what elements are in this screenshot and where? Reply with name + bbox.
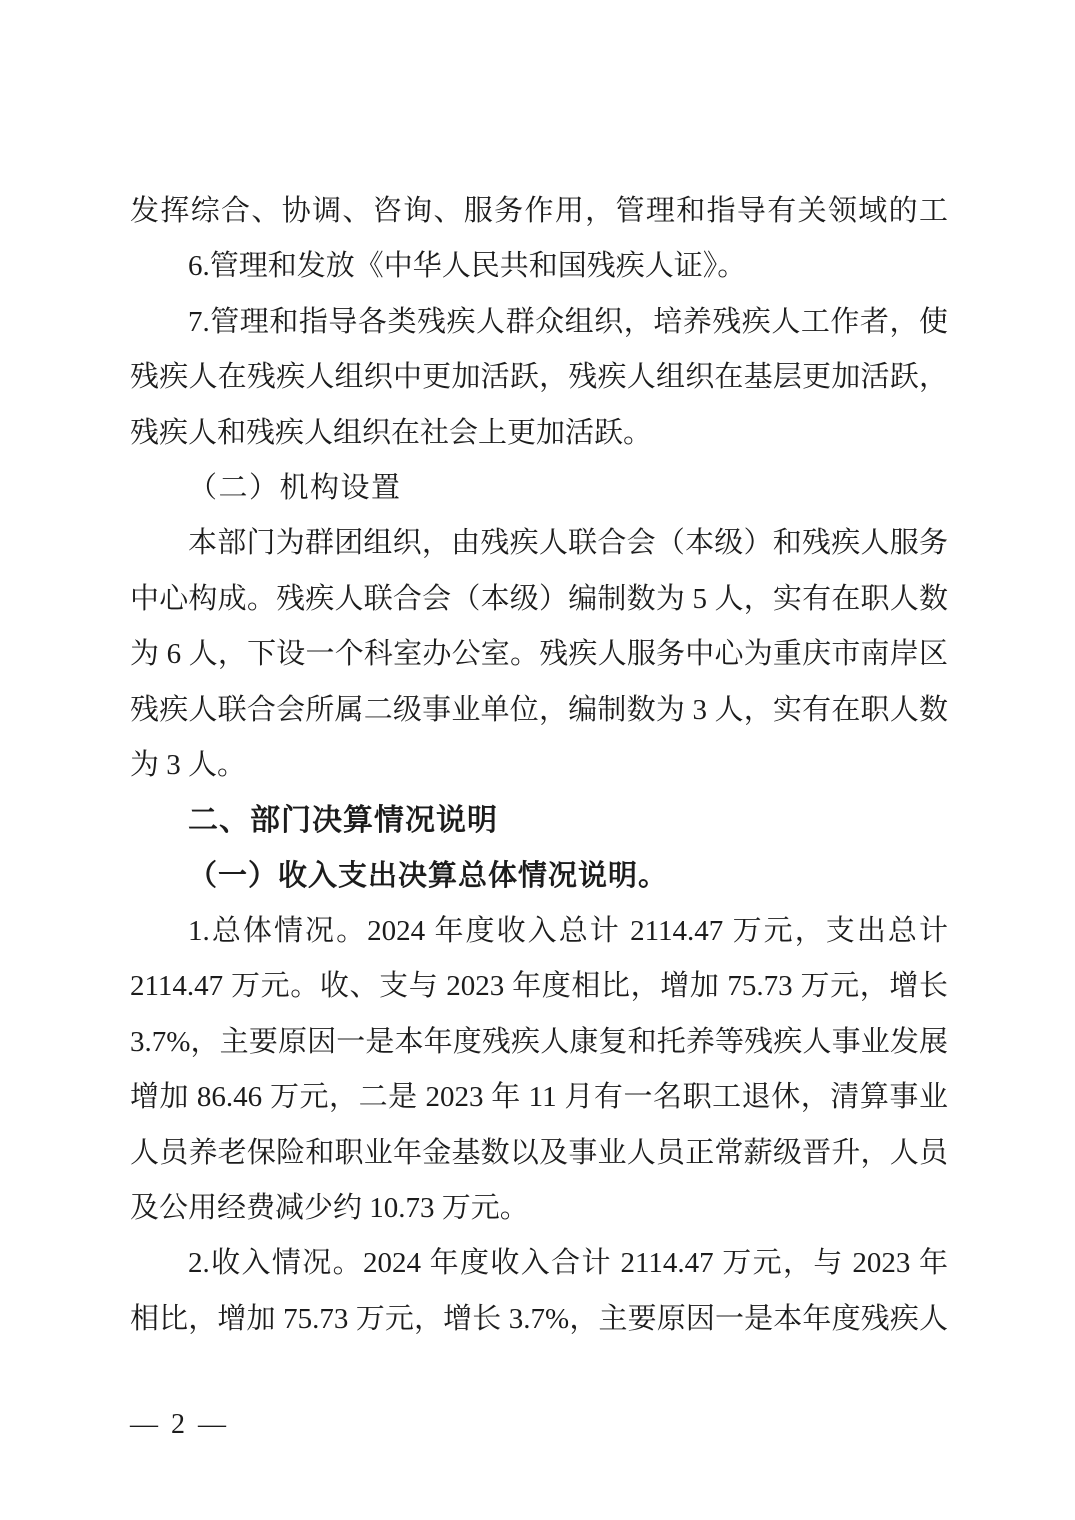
text-line: 及公用经费减少约 10.73 万元。 bbox=[130, 1181, 948, 1236]
text-line: 2.收入情况。2024 年度收入合计 2114.47 万元，与 2023 年度 bbox=[130, 1236, 948, 1291]
text-line: 为 6 人，下设一个科室办公室。残疾人服务中心为重庆市南岸区 bbox=[130, 627, 948, 682]
text-line: 人员养老保险和职业年金基数以及事业人员正常薪级晋升，人员 bbox=[130, 1126, 948, 1181]
document-page: 发挥综合、协调、咨询、服务作用，管理和指导有关领域的工作。6.管理和发放《中华人… bbox=[0, 0, 1075, 1520]
heading-kai-line: （二）机构设置 bbox=[130, 461, 948, 516]
text-line: 6.管理和发放《中华人民共和国残疾人证》。 bbox=[130, 239, 948, 294]
page-number: — 2 — bbox=[130, 1409, 229, 1440]
text-line: 发挥综合、协调、咨询、服务作用，管理和指导有关领域的工作。 bbox=[130, 184, 948, 239]
text-line: 7.管理和指导各类残疾人群众组织，培养残疾人工作者，使 bbox=[130, 295, 948, 350]
page-footer: — 2 — bbox=[130, 1408, 229, 1442]
text-line: 本部门为群团组织，由残疾人联合会（本级）和残疾人服务 bbox=[130, 516, 948, 571]
text-line: 相比，增加 75.73 万元，增长 3.7%，主要原因一是本年度残疾人 bbox=[130, 1292, 948, 1347]
text-line: 残疾人和残疾人组织在社会上更加活跃。 bbox=[130, 406, 948, 461]
text-line: 残疾人联合会所属二级事业单位，编制数为 3 人，实有在职人数 bbox=[130, 683, 948, 738]
heading-kai-bold-line: （一）收入支出决算总体情况说明。 bbox=[130, 849, 948, 904]
text-line: 1.总体情况。2024 年度收入总计 2114.47 万元，支出总计 bbox=[130, 904, 948, 959]
text-line: 残疾人在残疾人组织中更加活跃，残疾人组织在基层更加活跃， bbox=[130, 350, 948, 405]
text-line: 3.7%，主要原因一是本年度残疾人康复和托养等残疾人事业发展 bbox=[130, 1015, 948, 1070]
heading-hei-line: 二、部门决算情况说明 bbox=[130, 793, 948, 848]
text-line: 为 3 人。 bbox=[130, 738, 948, 793]
text-line: 中心构成。残疾人联合会（本级）编制数为 5 人，实有在职人数 bbox=[130, 572, 948, 627]
document-body: 发挥综合、协调、咨询、服务作用，管理和指导有关领域的工作。6.管理和发放《中华人… bbox=[130, 184, 948, 1347]
text-line: 2114.47 万元。收、支与 2023 年度相比，增加 75.73 万元，增长 bbox=[130, 959, 948, 1014]
text-line: 增加 86.46 万元，二是 2023 年 11 月有一名职工退休，清算事业 bbox=[130, 1070, 948, 1125]
